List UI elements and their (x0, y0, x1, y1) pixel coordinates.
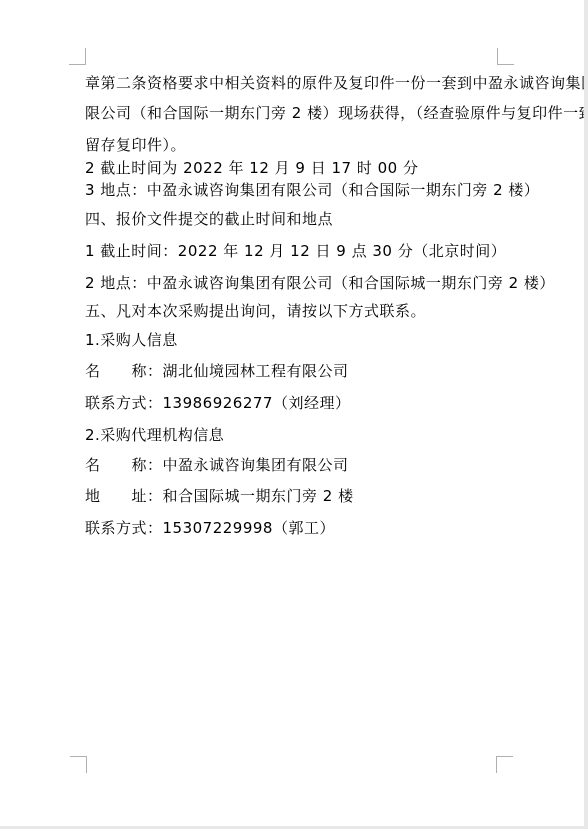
doc-line-16: 联系方式：15307229998（郭工） (85, 520, 335, 537)
doc-line-10: 1.采购人信息 (85, 332, 178, 349)
document-viewport: 章第二条资格要求中相关资料的原件及复印件一份一套到中盈永诚咨询集团有 限公司（和… (0, 0, 588, 829)
doc-line-1: 章第二条资格要求中相关资料的原件及复印件一份一套到中盈永诚咨询集团有 (85, 75, 588, 92)
doc-line-13: 2.采购代理机构信息 (85, 427, 224, 444)
doc-line-6-section-heading: 四、报价文件提交的截止时间和地点 (85, 211, 333, 228)
doc-line-2: 限公司（和合国际一期东门旁 2 楼）现场获得，（经查验原件与复印件一致后， (85, 105, 588, 122)
doc-line-14: 名 称：中盈永诚咨询集团有限公司 (85, 457, 349, 474)
doc-line-7: 1 截止时间：2022 年 12 月 12 日 9 点 30 分（北京时间） (85, 243, 506, 260)
doc-line-8: 2 地点：中盈永诚咨询集团有限公司（和合国际城一期东门旁 2 楼） (85, 275, 555, 292)
doc-line-4: 2 截止时间为 2022 年 12 月 9 日 17 时 00 分 (85, 160, 418, 177)
doc-line-9-section-heading: 五、凡对本次采购提出询问，请按以下方式联系。 (85, 303, 426, 320)
doc-line-12: 联系方式：13986926277（刘经理） (85, 395, 350, 412)
doc-line-11: 名 称：湖北仙境园林工程有限公司 (85, 363, 349, 380)
doc-line-5: 3 地点：中盈永诚咨询集团有限公司（和合国际一期东门旁 2 楼） (85, 182, 539, 199)
doc-line-15: 地 址：和合国际城一期东门旁 2 楼 (85, 488, 354, 505)
vertical-scrollbar[interactable] (584, 0, 588, 829)
document-text-area: 章第二条资格要求中相关资料的原件及复印件一份一套到中盈永诚咨询集团有 限公司（和… (0, 0, 584, 826)
doc-line-3: 留存复印件）。 (85, 137, 186, 154)
document-page: 章第二条资格要求中相关资料的原件及复印件一份一套到中盈永诚咨询集团有 限公司（和… (0, 0, 584, 826)
